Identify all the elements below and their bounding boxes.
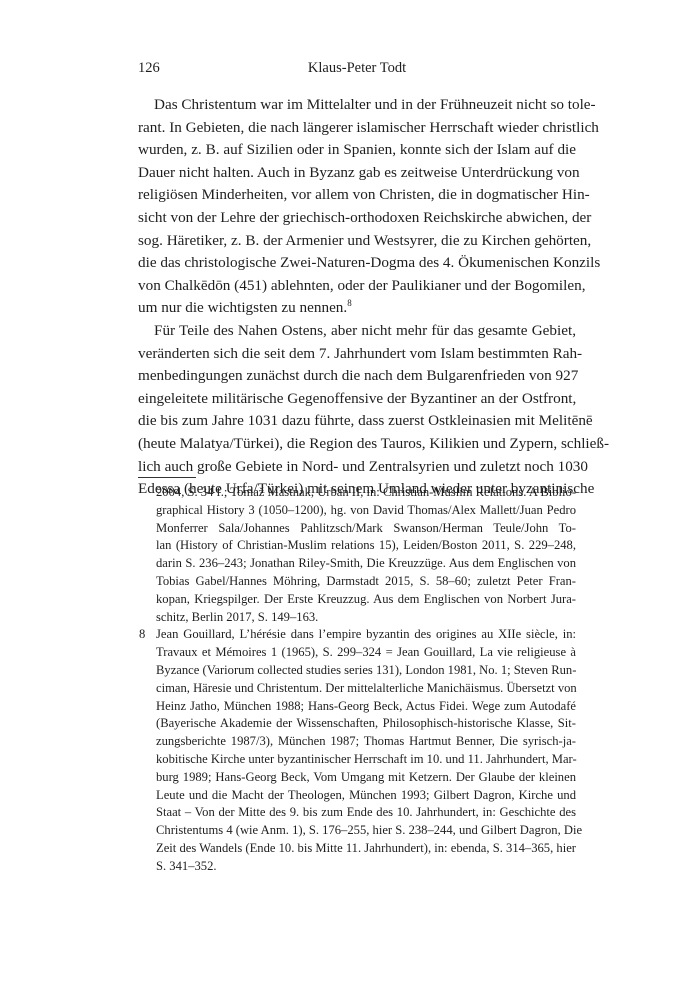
text-line: die bis zum Jahre 1031 dazu führte, dass… (138, 410, 576, 433)
footnote-line: zungsberichte 1987/3), München 1987; Tho… (138, 733, 576, 751)
text-line: lich auch große Gebiete in Nord- und Zen… (138, 456, 576, 479)
book-page: 126 Klaus-Peter Todt Das Christentum war… (0, 0, 700, 988)
text-line: wurden, z. B. auf Sizilien oder in Spani… (138, 139, 576, 162)
footnote-line: kopan, Kriegspilger. Der Erste Kreuzzug.… (138, 591, 576, 609)
text-line: sog. Häretiker, z. B. der Armenier und W… (138, 230, 576, 253)
footnote-line: S. 341–352. (138, 858, 576, 876)
footnote-line: Christentums 4 (wie Anm. 1), S. 176–255,… (138, 822, 576, 840)
footnote-line: Heinz Jatho, München 1988; Hans-Georg Be… (138, 698, 576, 716)
footnote-line: Monferrer Sala/Johannes Pahlitzsch/Mark … (138, 520, 576, 538)
text-line: sicht von der Lehre der griechisch-ortho… (138, 207, 576, 230)
footnote-line: Leute und die Macht der Theologen, Münch… (138, 787, 576, 805)
footnote-line: Staat – Von der Mitte des 9. bis zum End… (138, 804, 576, 822)
footnote-line: kobitische Kirche unter byzantinischer H… (138, 751, 576, 769)
footnote-line: lan (History of Christian-Muslim relatio… (138, 537, 576, 555)
text-line: um nur die wichtigsten zu nennen.8 (138, 297, 576, 320)
text-line: menbedingungen zunächst durch die nach d… (138, 365, 576, 388)
footnote-line: 2004, S. 34 f.; Tomaž Mastnak, Urban II,… (138, 484, 576, 502)
footnote-line: burg 1989; Hans-Georg Beck, Vom Umgang m… (138, 769, 576, 787)
text-line: veränderten sich die seit dem 7. Jahrhun… (138, 343, 576, 366)
footnote-line: ciman, Häresie und Christentum. Der mitt… (138, 680, 576, 698)
running-head-author: Klaus-Peter Todt (138, 60, 576, 77)
text-line: eingeleitete militärische Gegenoffensive… (138, 388, 576, 411)
footnote-line: darin S. 236–243; Jonathan Riley-Smith, … (138, 555, 576, 573)
footnote-line-content: Jean Gouillard, L’hérésie dans l’empire … (156, 627, 576, 641)
text-line: Das Christentum war im Mittelalter und i… (138, 94, 576, 117)
text-line: religiösen Minderheiten, vor allem von C… (138, 184, 576, 207)
footnote-reference-8[interactable]: 8 (347, 298, 352, 308)
footnote-line: Byzance (Variorum collected studies seri… (138, 662, 576, 680)
footnote-8-first-line: 8Jean Gouillard, L’hérésie dans l’empire… (138, 626, 576, 644)
footnote-line: Zeit des Wandels (Ende 10. bis Mitte 11.… (138, 840, 576, 858)
footnote-line: (Bayerische Akademie der Wissenschaften,… (138, 715, 576, 733)
text-line: von Chalkēdōn (451) ablehnten, oder der … (138, 275, 576, 298)
main-text: Das Christentum war im Mittelalter und i… (138, 94, 576, 501)
text-line: Für Teile des Nahen Ostens, aber nicht m… (138, 320, 576, 343)
text-line: Dauer nicht halten. Auch in Byzanz gab e… (138, 162, 576, 185)
footnote-divider (138, 477, 196, 478)
footnotes: 2004, S. 34 f.; Tomaž Mastnak, Urban II,… (138, 484, 576, 876)
text-line: (heute Malatya/Türkei), die Region des T… (138, 433, 576, 456)
text-line: rant. In Gebieten, die nach längerer isl… (138, 117, 576, 140)
footnote-line: schitz, Berlin 2017, S. 149–163. (138, 609, 576, 627)
footnote-line: Travaux et Mémoires 1 (1965), S. 299–324… (138, 644, 576, 662)
text-line: die das christologische Zwei-Naturen-Dog… (138, 252, 576, 275)
running-head: 126 Klaus-Peter Todt (138, 60, 576, 80)
text-line-content: um nur die wichtigsten zu nennen. (138, 299, 347, 316)
footnote-number: 8 (139, 626, 145, 644)
footnote-line: Tobias Gabel/Hannes Möhring, Darmstadt 2… (138, 573, 576, 591)
footnote-line: graphical History 3 (1050–1200), hg. von… (138, 502, 576, 520)
